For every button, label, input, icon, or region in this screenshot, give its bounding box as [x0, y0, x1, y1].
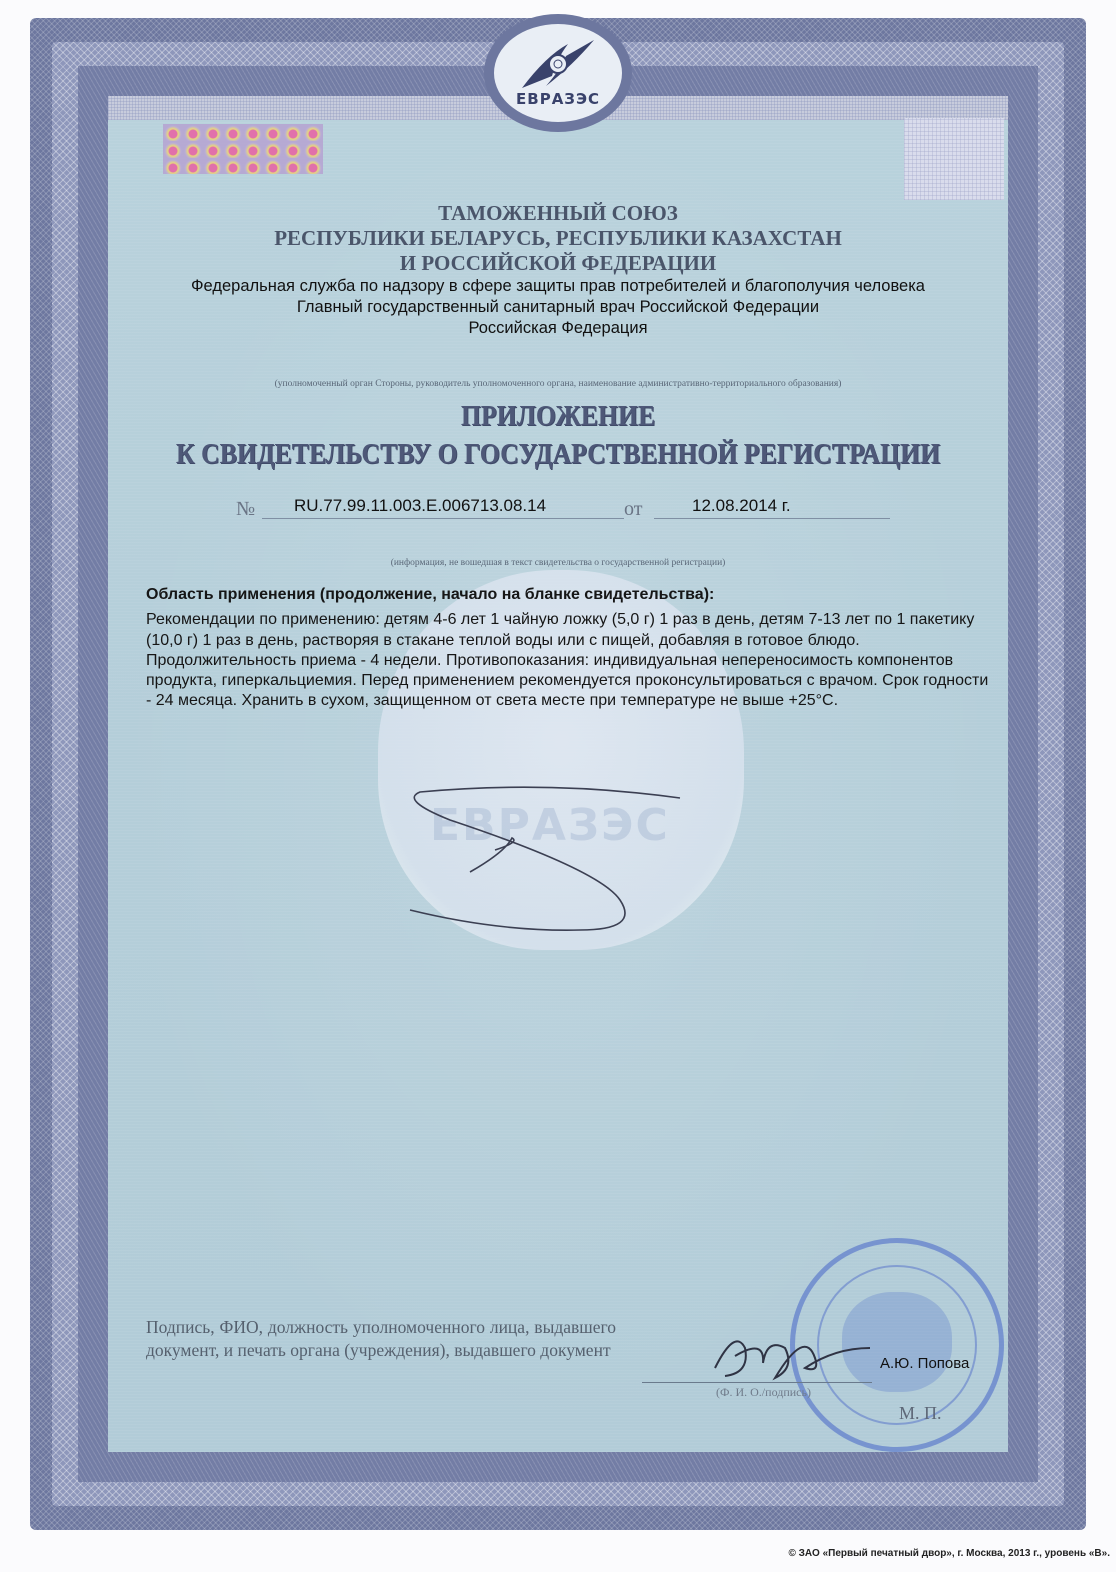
union-title-line-3: И РОССИЙСКОЙ ФЕДЕРАЦИИ: [0, 251, 1116, 275]
document-title-line-2: К СВИДЕТЕЛЬСТВУ О ГОСУДАРСТВЕННОЙ РЕГИСТ…: [45, 436, 1072, 474]
agency-line-3: Российская Федерация: [0, 318, 1116, 338]
number-underline: [262, 518, 624, 519]
scope-heading: Область применения (продолжение, начало …: [146, 585, 996, 605]
signature-caption: (Ф. И. О./подпись): [716, 1385, 811, 1400]
scope-text: Рекомендации по применению: детям 4-6 ле…: [146, 610, 996, 711]
signature-field-label: Подпись, ФИО, должность уполномоченного …: [146, 1316, 616, 1362]
agency-line-1: Федеральная служба по надзору в сфере за…: [0, 276, 1116, 296]
emblem-label: ЕВРАЗЭС: [516, 90, 600, 108]
signature-icon: [705, 1318, 875, 1388]
registration-number: RU.77.99.11.003.E.006713.08.14: [294, 496, 546, 516]
eurasec-emblem-icon: ЕВРАЗЭС: [484, 14, 632, 132]
signature-underline: [642, 1382, 872, 1383]
union-title-line-2: РЕСПУБЛИКИ БЕЛАРУСЬ, РЕСПУБЛИКИ КАЗАХСТА…: [0, 226, 1116, 250]
registration-row: № RU.77.99.11.003.E.006713.08.14 от 12.0…: [236, 496, 896, 520]
registration-caption: (информация, не вошедшая в текст свидете…: [0, 558, 1116, 568]
printer-credit: © ЗАО «Первый печатный двор», г. Москва,…: [789, 1548, 1110, 1559]
document-title-line-1: ПРИЛОЖЕНИЕ: [45, 398, 1072, 436]
registration-date: 12.08.2014 г.: [692, 496, 791, 516]
agency-line-2: Главный государственный санитарный врач …: [0, 297, 1116, 317]
emblem-swoosh-icon: [516, 36, 600, 92]
handwritten-scribble-icon: [400, 780, 720, 940]
security-pattern-mark: [904, 118, 1004, 200]
hologram-sticker: [163, 124, 323, 174]
number-label: №: [236, 498, 255, 521]
scope-of-application: Область применения (продолжение, начало …: [146, 585, 996, 712]
date-underline: [654, 518, 890, 519]
agency-caption: (уполномоченный орган Стороны, руководит…: [0, 379, 1116, 389]
seal-place-mark: М. П.: [899, 1403, 942, 1424]
date-label: от: [624, 498, 642, 521]
signer-name: А.Ю. Попова: [880, 1355, 969, 1372]
union-title-line-1: ТАМОЖЕННЫЙ СОЮЗ: [0, 201, 1116, 225]
